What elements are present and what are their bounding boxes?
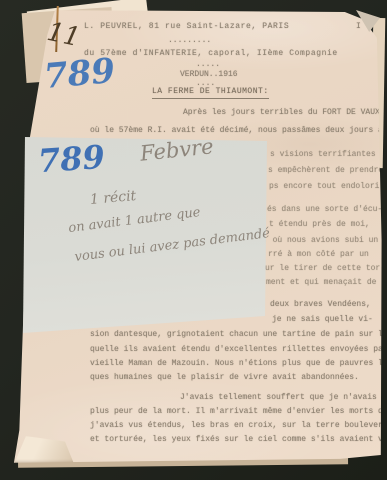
typed-fragment: je ne sais quelle vi- — [272, 315, 373, 325]
typed-fragment: ps encore tout endolori. — [269, 182, 384, 192]
page-number: I — [356, 22, 361, 32]
dotted-separator: ......... — [168, 36, 211, 46]
typed-line: j'avais vus étendus, les bras en croix, … — [90, 421, 387, 431]
typed-fragment: , où nous avions subi un — [263, 236, 378, 246]
regiment-line: du 57ème d'INFANTERIE, caporal, IIème Co… — [84, 49, 338, 59]
document-title: LA FERME DE THIAUMONT: — [152, 87, 269, 99]
typed-line: quelle ils avaient étendu d'excellentes … — [90, 345, 387, 355]
handwritten-blue-number-overlay: 789 — [37, 138, 106, 181]
folded-corner — [14, 436, 74, 464]
typed-line: où le 57ème R.I. avait été décimé, nous … — [90, 126, 383, 136]
typed-line: sion dantesque, grignotaient chacun une … — [90, 330, 387, 340]
typed-line: Après les jours terribles du FORT DE VAU… — [183, 108, 385, 118]
typed-line: plus peur de la mort. Il m'arrivait même… — [90, 407, 387, 417]
typed-line: ques humaines que le plaisir de vivre av… — [90, 373, 359, 383]
typed-fragment: deux braves Vendéens, — [270, 300, 371, 310]
typed-fragment: t étendu près de moi, — [269, 220, 370, 230]
typed-fragment: ur le tirer de cette tor- — [265, 264, 385, 274]
typed-fragment: s empêchèrent de prendre — [268, 166, 383, 176]
typed-line: J'avais tellement souffert que je n'avai… — [180, 393, 377, 403]
typed-line: et torturée, les yeux fixés sur le ciel … — [90, 435, 387, 445]
scanned-document: L. PEUVREL, 81 rue Saint-Lazare, PARIS I… — [0, 0, 387, 480]
author-line: L. PEUVREL, 81 rue Saint-Lazare, PARIS — [84, 22, 289, 32]
typed-fragment: s visions terrifiantes — [270, 150, 376, 160]
typed-fragment: és dans une sorte d'écu- — [267, 205, 382, 215]
typed-line: vieille Maman de Mazouin. Nous n'étions … — [90, 359, 387, 369]
dotted-separator: ..... — [196, 60, 220, 70]
handwritten-corner-number: 11 — [44, 17, 83, 53]
typed-fragment: ment et qui menaçait de — [266, 278, 376, 288]
typed-fragment: rré à mon côté par un — [268, 250, 369, 260]
handwritten-blue-number-top: 789 — [42, 51, 116, 97]
